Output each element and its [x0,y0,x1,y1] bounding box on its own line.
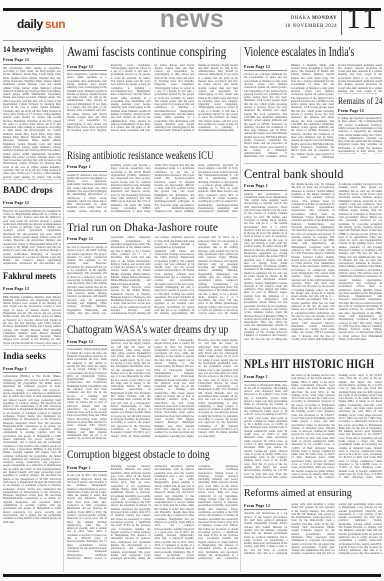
body-text: this information while talking to journa… [3,67,61,181]
kicker: From Page 12 [3,200,61,208]
headline: Fakhrul meets [3,273,61,283]
headline: Trial run on Dhaka-Jashore route [67,221,238,233]
body-text: Around 37 antibiotics were moved against… [67,164,238,214]
body-text: these conspiracies,' said the Jamaat lea… [67,64,238,133]
body-text: According to Bangladesh Bank data, by th… [244,374,382,482]
article-body: From Page 12 oligarchs and bureaucrats i… [244,503,382,557]
column-rule-left [63,46,64,572]
article-body: From Page 1 Conversation (BORG) at Pan P… [3,366,61,542]
article-corruption-obstacle: Corruption biggest obstacle to doing Fro… [67,450,238,561]
headline-text: NPLs HIT HISTORIC HIGH [244,358,374,371]
headline-text: Corruption biggest obstacle to doing [67,450,210,462]
newspaper-page: dailysun news DHAKA MONDAY 18 NOVEMBER 2… [0,0,384,581]
kicker: From Page 12 [3,286,61,294]
article-central-bank: Central bank should From Page 1 stabilit… [244,167,382,352]
article-reforms-aimed: Reforms aimed at ensuring From Page 12 o… [244,489,382,557]
article-npl-historic-high: NPLs HIT HISTORIC HIGH From Page 1 Accor… [244,358,382,482]
headline: India seeks [3,353,61,363]
center-column: Awami fascists continue conspiring From … [67,46,238,561]
article-india-seeks: India seeks From Page 1 Conversation (BO… [3,353,61,542]
headline-text: Reforms aimed at ensuring [244,489,352,500]
violence-columns: From Page 12 We have set a 24-hour ultim… [244,64,334,160]
kicker: From Page 12 [67,339,107,347]
kicker: From Page 12 [67,64,107,72]
body-text: stability and performance of commercial … [244,183,382,341]
headline-text: Trial run on Dhaka-Jashore route [67,221,218,233]
article-body: From Page 12 Consequently, despite havin… [67,339,238,443]
section-masthead: news [160,7,225,32]
page-number: 11 [346,4,379,34]
logo-sun: sun [45,17,65,31]
article-body: From Page 1 Around 37 antibiotics were m… [67,164,238,214]
headline: Corruption biggest obstacle to doing [67,450,238,462]
article-body: From Page 12 the trial is expected to op… [67,236,238,316]
article-body: From Page 1 According to Bangladesh Bank… [244,374,382,482]
article-body: From Page 12 these conspiracies,' said t… [67,64,238,142]
headline: Awami fascists continue conspiring [67,46,238,61]
logo-daily: daily [17,17,43,31]
violence-third-column: alcohol Development Authority stated tha… [338,64,382,160]
cutoff-rule [67,145,238,146]
article-body: From Page 12 BNP Standing Committee Memb… [3,286,61,346]
cutoff-rule [3,183,61,184]
cutoff-rule [67,319,238,320]
body-text: oligarchs and bureaucrats is a top prior… [244,503,382,557]
body-text: the trial is expected to operate at spee… [67,236,238,316]
date-city: DHAKA [291,16,311,21]
column-rule-right [240,46,241,572]
body-text: BNP Standing Committee Member Amir Khosr… [3,296,61,347]
article-body: From Page 1 stability and performance of… [244,183,382,351]
article-body: From Page 12 this information while talk… [3,57,61,180]
kicker: From Page 12 [338,108,382,116]
article-awami-fascists: Awami fascists continue conspiring From … [67,46,238,142]
body-text: Consequently, despite having plans to la… [67,339,238,441]
body-text: We have set a 24-hour ultimatum for the … [244,64,334,160]
header-rule [3,40,381,41]
article-body: From Page 12 We have set a 24-hour ultim… [244,64,382,160]
headline-text: Fakhrul meets [3,273,56,283]
article-badc-drops: BADC drops From Page 12 However, the Agr… [3,187,61,266]
headline-text: Remains of 24 [338,96,383,106]
article-14-heavyweights: 14 heavyweights From Page 12 this inform… [3,46,61,180]
right-column: Violence escalates in India's From Page … [244,46,382,557]
left-column: 14 heavyweights From Page 12 this inform… [3,46,61,542]
violence-col3-top: alcohol Development Authority stated tha… [338,64,382,94]
article-violence-escalates: Violence escalates in India's From Page … [244,46,382,160]
headline-text: Awami fascists continue conspiring [67,46,226,61]
article-body: From Page 1 in one year in 2015. The ran… [67,465,238,561]
headline: NPLs HIT HISTORIC HIGH [244,358,382,371]
headline: 14 heavyweights [3,46,61,54]
article-trial-run: Trial run on Dhaka-Jashore route From Pa… [67,221,238,316]
cutoff-rule [244,163,382,164]
cutoff-rule [244,485,382,486]
kicker: From Page 12 [3,57,61,65]
article-fakhrul-meets: Fakhrul meets From Page 12 BNP Standing … [3,273,61,346]
headline-text: Rising antibiotic resistance weakens ICU [67,149,213,161]
cutoff-rule [67,217,238,218]
header-divider [341,11,342,35]
cutoff-rule [3,349,61,350]
headline-text: Chattogram WASA's water dreams dry up [67,323,228,335]
kicker: From Page 1 [244,183,287,191]
headline-text: Violence escalates in India's [244,46,354,61]
headline: Chattogram WASA's water dreams dry up [67,323,238,335]
kicker: From Page 1 [67,164,107,172]
article-body: From Page 12 is aiding the Japanese repr… [338,108,382,154]
headline-text: BADC drops [3,187,53,197]
body-text: in one year in 2015. The ranking margina… [67,465,238,561]
headline: Rising antibiotic resistance weakens ICU [67,149,238,161]
kicker: From Page 12 [244,64,287,72]
cutoff-rule [3,269,61,270]
body-text: is aiding the Japanese representatives i… [338,117,382,154]
kicker: From Page 12 [244,503,287,511]
article-body: From Page 12 However, the Agriculture Mi… [3,200,61,266]
kicker: From Page 12 [67,236,107,244]
date-line1: DHAKA MONDAY [285,15,337,23]
headline: BADC drops [3,187,61,197]
body-text: alcohol Development Authority stated tha… [338,64,382,94]
date-block: DHAKA MONDAY 18 NOVEMBER 2024 [285,15,337,30]
headline: Remains of 24 [338,96,382,106]
kicker: From Page 1 [67,465,107,473]
article-remains-of-24: Remains of 24 From Page 12 is aiding the… [338,96,382,154]
headline-text: India seeks [3,353,46,363]
headline-text: Central bank should [244,167,343,181]
headline: Central bank should [244,167,382,181]
daily-sun-logo: dailysun [17,17,65,31]
kicker: From Page 1 [244,374,287,382]
article-chattogram-wasa: Chattogram WASA's water dreams dry up Fr… [67,323,238,442]
body-text: However, the Agriculture Ministry has re… [3,210,61,267]
headline-text: 14 heavyweights [3,46,53,54]
date-line2: 18 NOVEMBER 2024 [285,23,337,31]
date-day: MONDAY [312,16,337,21]
body-text: Conversation (BORG) at Pan Pacific Dhaka… [3,375,61,523]
cutoff-rule [244,354,382,355]
kicker: From Page 1 [3,366,61,374]
article-antibiotic-resistance: Rising antibiotic resistance weakens ICU… [67,149,238,214]
headline: Reforms aimed at ensuring [244,489,382,500]
bottom-rule [3,574,381,577]
headline: Violence escalates in India's [244,46,382,61]
cutoff-rule [67,446,238,447]
